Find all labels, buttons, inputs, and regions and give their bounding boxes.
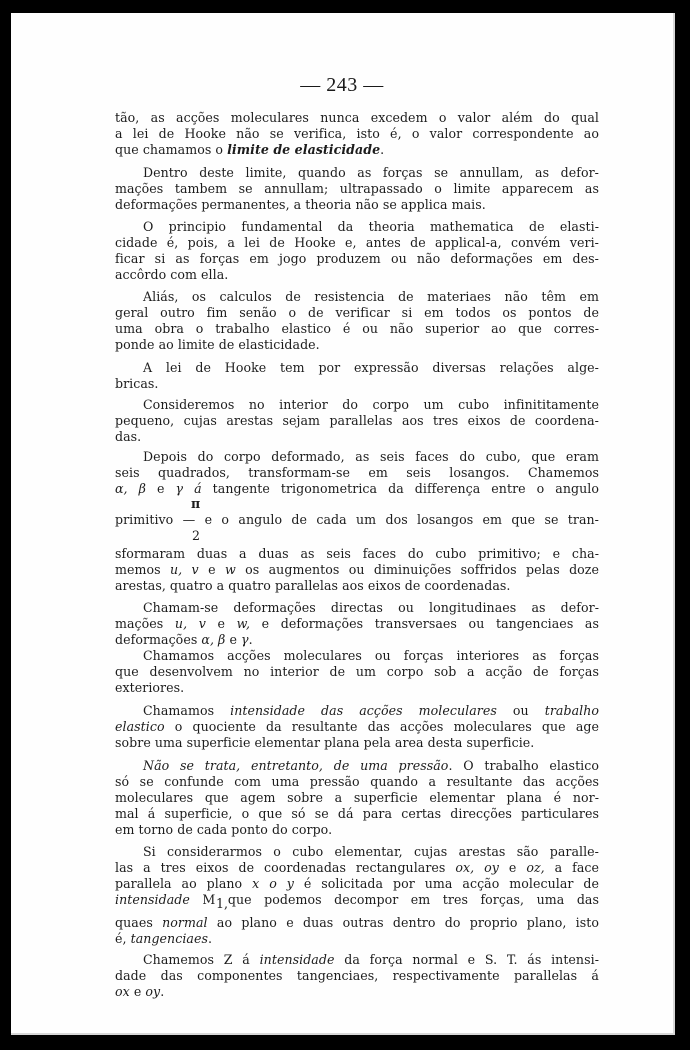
text-line: seis quadrados, transformam-se em seis l…	[115, 465, 599, 480]
text-line: das.	[115, 429, 599, 444]
text-line: em torno de cada ponto do corpo.	[115, 822, 599, 837]
text-line: O principio fundamental da theoria mathe…	[115, 219, 599, 234]
text-line: A lei de Hooke tem por expressão diversa…	[115, 360, 599, 375]
text-line: a lei de Hooke não se verifica, isto é, …	[115, 126, 599, 141]
text-line: pequeno, cujas arestas sejam parallelas …	[115, 413, 599, 428]
footnote-mark: 1,	[216, 896, 228, 911]
fraction-denominator: 2	[192, 528, 200, 543]
text-line: mações tambem se annullam; ultrapassado …	[115, 181, 599, 196]
text-line: primitivo — e o angulo de cada um dos lo…	[115, 512, 599, 527]
text-line: intensidade M que podemos decompor em tr…	[115, 892, 599, 907]
text-line: ox e oy.	[115, 984, 599, 999]
text-line: que desenvolvem no interior de um corpo …	[115, 664, 599, 679]
text-line: deformações α, β e γ.	[115, 632, 599, 647]
text-line: cidade é, pois, a lei de Hooke e, antes …	[115, 235, 599, 250]
text-line: moleculares que agem sobre a superficie …	[115, 790, 599, 805]
text-line: tão, as acções moleculares nunca excedem…	[115, 110, 599, 125]
book-page: — 243 — tão, as acções moleculares nunca…	[11, 13, 675, 1035]
text-line: é, tangenciaes.	[115, 931, 599, 946]
text-line: memos u, v e w os augmentos ou diminuiçõ…	[115, 562, 599, 577]
text-line: Chamam-se deformações directas ou longit…	[115, 600, 599, 615]
text-line: Consideremos no interior do corpo um cub…	[115, 397, 599, 412]
text-line: elastico o quociente da resultante das a…	[115, 719, 599, 734]
text-line: só se confunde com uma pressão quando a …	[115, 774, 599, 789]
text-line: sobre uma superficie elementar plana pel…	[115, 735, 599, 750]
text-line: parallela ao plano x o y é solicitada po…	[115, 876, 599, 891]
text-line: mal á superficie, o que só se dá para ce…	[115, 806, 599, 821]
text-line: Chamemos Z á intensidade da força normal…	[115, 952, 599, 967]
text-line: dade das componentes tangenciaes, respec…	[115, 968, 599, 983]
text-line: arestas, quatro a quatro parallelas aos …	[115, 578, 599, 593]
text-line: uma obra o trabalho elastico é ou não su…	[115, 321, 599, 336]
text-line: que chamamos o limite de elasticidade.	[115, 142, 599, 157]
fraction-bar: —	[183, 512, 196, 527]
emphasis-term: limite de elasticidade	[227, 142, 380, 157]
text-line: bricas.	[115, 376, 599, 391]
text-line: geral outro fim senão o de verificar si …	[115, 305, 599, 320]
text-line: accôrdo com ella.	[115, 267, 599, 282]
text-line: Aliás, os calculos de resistencia de mat…	[115, 289, 599, 304]
text-line: mações u, v e w, e deformações transvers…	[115, 616, 599, 631]
text-line: Chamamos acções moleculares ou forças in…	[115, 648, 599, 663]
fraction-numerator: π	[191, 496, 200, 511]
text-line: Depois do corpo deformado, as seis faces…	[115, 449, 599, 464]
text-line: ponde ao limite de elasticidade.	[115, 337, 599, 352]
text-line: quaes normal ao plano e duas outras dent…	[115, 915, 599, 930]
text-line: Dentro deste limite, quando as forças se…	[115, 165, 599, 180]
text-line: las a tres eixos de coordenadas rectangu…	[115, 860, 599, 875]
text-line: deformações permanentes, a theoria não s…	[115, 197, 599, 212]
text-line: Chamamos intensidade das acções molecula…	[115, 703, 599, 718]
text-line: α, β e γ á tangente trigonometrica da di…	[115, 481, 599, 496]
text-line: sformaram duas a duas as seis faces do c…	[115, 546, 599, 561]
text-line: Não se trata, entretanto, de uma pressão…	[115, 758, 599, 773]
text-line: ficar si as forças em jogo produzem ou n…	[115, 251, 599, 266]
text-line: exteriores.	[115, 680, 599, 695]
text-line: Si considerarmos o cubo elementar, cujas…	[115, 844, 599, 859]
page-number: — 243 —	[11, 74, 673, 97]
